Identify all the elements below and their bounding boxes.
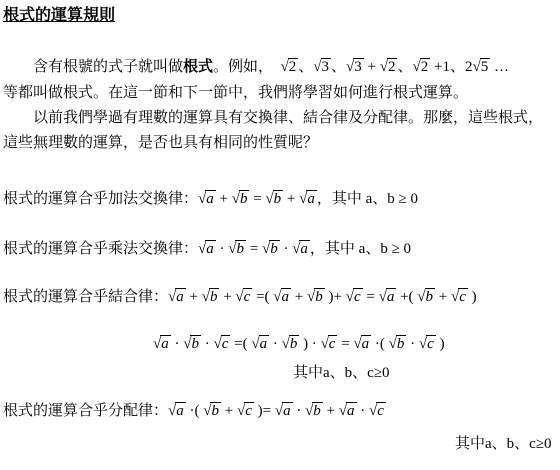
radicand: 5 [480, 58, 491, 76]
sqrt-expression: √a [275, 403, 293, 419]
radicand: a [205, 240, 216, 258]
radicand: b [289, 335, 300, 353]
sqrt-expression: √a [198, 191, 216, 207]
sqrt-expression: √a [292, 241, 310, 257]
radical-sign-icon: √ [417, 282, 424, 312]
sqrt-expression: √b [262, 241, 280, 257]
radicand: b [210, 402, 221, 420]
radical-sign-icon: √ [379, 282, 386, 312]
radical-sign-icon: √ [232, 184, 239, 214]
radical-sign-icon: √ [451, 282, 458, 312]
radical-sign-icon: √ [202, 282, 209, 312]
radical-sign-icon: √ [265, 184, 272, 214]
radical-sign-icon: √ [380, 54, 387, 81]
paragraph-properties-line1: 以前我們學過有理數的運算具有交換律、結合律及分配律。那麼，這些根式， [3, 106, 560, 131]
sqrt-expression: √b [232, 191, 250, 207]
radicand: 3 [321, 58, 332, 76]
sqrt-expression: √b [305, 403, 323, 419]
radical-sign-icon: √ [413, 54, 420, 81]
condition-abc-nonnegative-1: 其中a、b、c≥0 [3, 363, 560, 384]
sqrt-expression: √a [198, 241, 216, 257]
sqrt-expression: √3 [313, 59, 331, 75]
radicand: b [209, 288, 220, 306]
radical-sign-icon: √ [305, 396, 312, 426]
sqrt-expression: √3 [346, 59, 364, 75]
paragraph-intro-line1: 含有根號的式子就叫做根式。例如， √2、√3、√3 + √2、√2 +1、2√5… [3, 54, 560, 81]
sqrt-expression: √b [307, 289, 325, 305]
sqrt-expression: √a [379, 289, 397, 305]
sqrt-expression: √b [265, 191, 283, 207]
radical-sign-icon: √ [203, 396, 210, 426]
radicand: b [269, 240, 280, 258]
radicand: c [353, 288, 363, 306]
radicand: c [426, 335, 436, 353]
rule-multiplication-commutative: 根式的運算合乎乘法交換律：√a · √b = √b · √a，其中 a、b ≥ … [3, 234, 560, 264]
radical-sign-icon: √ [262, 234, 269, 264]
radical-sign-icon: √ [198, 234, 205, 264]
sqrt-expression: √b [203, 403, 221, 419]
radical-sign-icon: √ [353, 329, 360, 359]
rule-addition-commutative: 根式的運算合乎加法交換律：√a + √b = √b + √a，其中 a、b ≥ … [3, 184, 560, 214]
radical-sign-icon: √ [299, 184, 306, 214]
sqrt-expression: √a [339, 403, 357, 419]
radicand: 2 [387, 58, 398, 76]
sqrt-expression: √c [451, 289, 468, 305]
radicand: 2 [288, 58, 299, 76]
radical-sign-icon: √ [273, 282, 280, 312]
sqrt-expression: √a [353, 336, 371, 352]
bold-term: 根式 [183, 59, 213, 75]
radical-sign-icon: √ [281, 54, 288, 81]
radicand: a [361, 335, 372, 353]
sqrt-expression: √2 [281, 59, 299, 75]
radicand: a [299, 240, 310, 258]
sqrt-expression: √b [389, 336, 407, 352]
page-title: 根式的運算規則 [3, 4, 560, 28]
rule-distributive: 根式的運算合乎分配律：√a ·( √b + √c )= √a · √b + √a… [3, 396, 560, 426]
sqrt-expression: √b [228, 241, 246, 257]
sqrt-expression: √b [282, 336, 300, 352]
sqrt-expression: √a [251, 336, 269, 352]
radicand: c [376, 402, 386, 420]
rule-associative-addition: 根式的運算合乎結合律：√a + √b + √c =( √a + √b )+ √c… [3, 282, 560, 312]
radicand: a [282, 402, 293, 420]
sqrt-expression: √c [213, 336, 230, 352]
radicand: a [175, 402, 186, 420]
radicand: b [425, 288, 436, 306]
sqrt-expression: √c [346, 289, 363, 305]
radical-sign-icon: √ [313, 54, 320, 81]
radical-sign-icon: √ [251, 329, 258, 359]
radical-sign-icon: √ [321, 329, 328, 359]
radicand: a [160, 335, 171, 353]
radicand: a [346, 402, 357, 420]
sqrt-expression: √c [369, 403, 386, 419]
sqrt-expression: √b [183, 336, 201, 352]
radical-sign-icon: √ [168, 396, 175, 426]
radicand: b [396, 335, 407, 353]
radical-sign-icon: √ [228, 234, 235, 264]
radical-sign-icon: √ [153, 329, 160, 359]
radical-sign-icon: √ [472, 54, 479, 81]
sqrt-expression: √5 [472, 59, 490, 75]
radical-sign-icon: √ [168, 282, 175, 312]
condition-abc-nonnegative-2: 其中a、b、c≥0 [3, 434, 560, 455]
radical-sign-icon: √ [275, 396, 282, 426]
sqrt-expression: √a [299, 191, 317, 207]
radicand: b [239, 190, 250, 208]
sqrt-expression: √a [153, 336, 171, 352]
radical-sign-icon: √ [235, 282, 242, 312]
radicand: b [314, 288, 325, 306]
sqrt-expression: √a [168, 289, 186, 305]
sqrt-expression: √b [417, 289, 435, 305]
rule-associative-multiplication: √a · √b · √c =( √a · √b ) · √c = √a ·( √… [3, 329, 560, 359]
radicand: c [243, 288, 253, 306]
radical-sign-icon: √ [282, 329, 289, 359]
radical-sign-icon: √ [213, 329, 220, 359]
sqrt-expression: √c [237, 403, 254, 419]
radicand: 3 [353, 58, 364, 76]
radicand: a [205, 190, 216, 208]
radical-sign-icon: √ [346, 54, 353, 81]
radical-sign-icon: √ [198, 184, 205, 214]
document-page: 根式的運算規則 含有根號的式子就叫做根式。例如， √2、√3、√3 + √2、√… [0, 0, 560, 470]
radicand: b [312, 402, 323, 420]
sqrt-expression: √2 [413, 59, 431, 75]
radical-sign-icon: √ [419, 329, 426, 359]
radical-sign-icon: √ [369, 396, 376, 426]
radical-sign-icon: √ [346, 282, 353, 312]
radicand: c [221, 335, 231, 353]
radicand: b [190, 335, 201, 353]
sqrt-expression: √b [202, 289, 220, 305]
paragraph-intro-line2: 等都叫做根式。在這一節和下一節中，我們將學習如何進行根式運算。 [3, 81, 560, 106]
paragraph-properties-line2: 這些無理數的運算，是否也具有相同的性質呢？ [3, 131, 560, 156]
sqrt-expression: √a [273, 289, 291, 305]
sqrt-expression: √a [168, 403, 186, 419]
radical-sign-icon: √ [307, 282, 314, 312]
radical-sign-icon: √ [183, 329, 190, 359]
radicand: c [328, 335, 338, 353]
radicand: a [386, 288, 397, 306]
radicand: a [175, 288, 186, 306]
sqrt-expression: √2 [380, 59, 398, 75]
radical-sign-icon: √ [237, 396, 244, 426]
radicand: a [281, 288, 292, 306]
radicand: b [273, 190, 284, 208]
radicand: a [306, 190, 317, 208]
radical-sign-icon: √ [389, 329, 396, 359]
sqrt-expression: √c [419, 336, 436, 352]
radical-sign-icon: √ [339, 396, 346, 426]
radical-sign-icon: √ [292, 234, 299, 264]
radicand: a [259, 335, 270, 353]
radicand: c [458, 288, 468, 306]
sqrt-expression: √c [321, 336, 338, 352]
radicand: 2 [420, 58, 431, 76]
sqrt-expression: √c [235, 289, 252, 305]
radicand: c [244, 402, 254, 420]
radicand: b [235, 240, 246, 258]
